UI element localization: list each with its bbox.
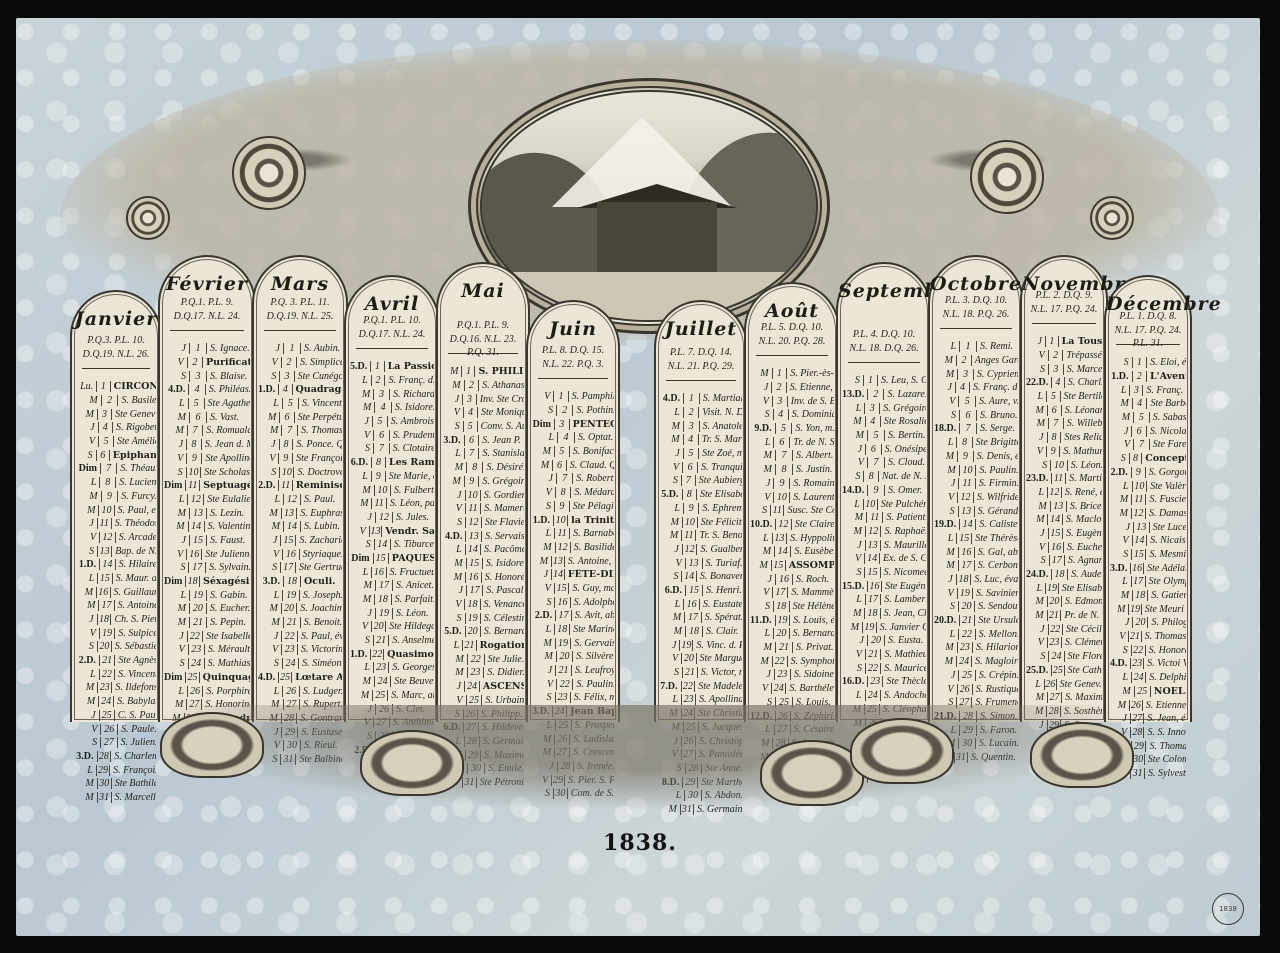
weekday: S [1026,555,1050,566]
weekday: Lu. [76,381,97,392]
saint-name: Ste Agathe. [205,398,250,409]
day-list: J1S. Ignace.V2Purificat.S3S. Blaise.4.D.… [164,342,250,725]
weekday: J [1110,426,1132,437]
day-row: S1S. Eloi, év. [1110,356,1186,370]
day-number: 12 [776,519,792,530]
weekday: M [934,465,960,476]
weekday: V [532,583,555,594]
day-number: 19 [680,640,693,651]
month-column-janvier: JanvierP.Q.3. P.L. 10.D.Q.19. N.L. 26.Lu… [70,290,162,722]
saint-name: Tr. de N. S. [790,437,834,448]
day-number: 8 [187,439,202,450]
day-number: 12 [866,526,882,537]
day-row: M10S. Fulbert. [350,483,434,497]
moon-phase-line: P.Q. 3. P.L. 11. [258,296,342,309]
day-row: J6S. Nicolas. [1110,424,1186,438]
weekday: L [258,398,283,409]
saint-name: S. Claud. Q.T. [567,460,614,471]
day-number: 15 [555,583,570,594]
weekday: 13.D. [842,389,868,400]
day-row: J20S. Philog. [1110,616,1186,630]
day-row: M24Ste Beuve. [350,675,434,689]
day-number: 22 [682,681,696,692]
day-row: M27S. Maxime. [1026,691,1102,705]
day-row: J14FÊTE-DIEU. [532,568,614,582]
weekday: S [532,692,556,703]
day-row: 22.D.4S. Charl. B. [1026,376,1102,390]
saint-name: S. Euphras. [297,508,342,519]
saint-name: S. Willebr. [1064,418,1102,429]
day-number: 24 [1049,651,1064,662]
day-number: 9 [1132,467,1146,478]
saint-name: PENTEC. [570,419,614,430]
saint-name: S. Paul, er. [115,505,156,516]
day-number: 16 [868,581,882,592]
saint-name: Ste Julienne. [202,549,250,560]
weekday: S [76,546,98,557]
saint-name: Ste Eulalie. [204,494,250,505]
day-row: L10Ste Pulchérie. [842,497,926,511]
weekday: M [258,521,284,532]
saint-name: S. Albert. [793,450,833,461]
moon-phase-line: N.L. 21. P.Q. 29. [660,360,742,373]
weekday: S [258,658,283,669]
day-row: S17Ste Gertrud. [258,561,342,575]
day-row: S19S. Célestin. [442,611,524,625]
day-number: 16 [684,599,700,610]
weekday: V [660,558,686,569]
weekday: 4.D. [258,672,279,683]
day-row: V6S. Tranquil. [660,460,742,474]
weekday: M [532,651,557,662]
saint-name: S. Eugène. [1063,528,1102,539]
weekday: V [660,462,683,473]
header-rule [264,330,336,331]
saint-name: S. Wilfride. [974,492,1018,503]
day-number: 18 [774,601,790,612]
day-number: 25 [959,670,976,681]
weekday: L [350,567,372,578]
day-number: 9 [187,453,202,464]
month-title: Juin [528,318,618,340]
day-number: 6 [866,444,882,455]
day-number: 4 [375,402,392,413]
day-number: 1 [190,343,207,354]
saint-name: Conv. S. Aug. [478,421,524,432]
saint-name: S. Mathias. [205,658,250,669]
day-number: 2 [1049,350,1064,361]
day-row: L24S. Delphin. [1110,671,1186,685]
weekday: 11.D. [750,615,776,626]
weekday: J [1026,624,1049,635]
day-number: 4 [956,382,970,393]
weekday: S [164,562,189,573]
day-number: 17 [556,610,572,621]
day-number: 8 [467,462,483,473]
saint-name: S. Pacôme. [481,544,524,555]
saint-name: S. Damase. [1146,508,1186,519]
weekday: M [842,416,866,427]
weekday: 4.D. [660,393,684,404]
day-row: V4Ste Monique. [442,406,524,420]
weekday: V [350,526,370,537]
day-number: 6 [774,437,790,448]
day-number: 9 [684,503,699,514]
weekday: V [442,503,466,514]
day-number: 4 [279,384,292,395]
saint-name: S. Honoré. [482,572,524,583]
day-row: M11S. Léon, pap. [350,497,434,511]
weekday: M [842,622,863,633]
weekday: S [258,467,280,478]
day-row: S15S. Nicomed. [842,566,926,580]
day-number: 19 [863,622,876,633]
saint-name: Septuagés. [200,480,250,491]
day-number: 21 [960,615,975,626]
saint-name: S. Aude. [1068,569,1102,580]
saint-name: PAQUES. [389,553,434,564]
day-number: 1 [1133,357,1148,368]
day-number: 17 [1050,555,1065,566]
day-row: M3Ste Genevie. [76,407,156,421]
day-number: 4 [464,407,478,418]
day-row: M21S. Privat. [750,641,834,655]
day-row: L3S. Franç. Xa. [1110,383,1186,397]
day-number: 23 [189,644,205,655]
saint-name: S. Marcel. [1064,364,1102,375]
day-number: 14 [189,521,205,532]
day-number: 13 [1134,522,1150,533]
saint-name: S. Ponce. Q.T. [293,439,342,450]
saint-name: S. Gatien. [1148,590,1186,601]
weekday: M [660,626,686,637]
day-number: 24 [866,690,881,701]
day-number: 9 [868,485,885,496]
saint-name: S. Lambert. [881,594,926,605]
day-number: 26 [1045,679,1057,690]
day-row: M3S. Richard. [350,387,434,401]
saint-name: S. Mérault. [205,644,250,655]
day-row: J21S. Leufroy. [532,664,614,678]
saint-name: S. Vincent. [299,398,342,409]
saint-name: Ste Isabelle. [203,631,250,642]
day-row: S24S. Mathias. [164,657,250,671]
weekday: V [164,357,188,368]
day-row: L20S. Bernard. [750,627,834,641]
weekday: 1.D. [76,559,100,570]
saint-name: S. Dominiq. [789,409,834,420]
day-number: 3 [1130,385,1143,396]
weekday: J [442,681,465,692]
day-row: S3S. Marcel. [1026,362,1102,376]
weekday: L [76,477,100,488]
day-row: S9Ste Pélagie. [532,500,614,514]
day-number: 19 [776,615,791,626]
header-rule [756,355,828,356]
saint-name: S. Eloi, év. [1147,357,1186,368]
weekday: J [532,665,556,676]
day-row: L12S. René, év. [1026,486,1102,500]
day-row: L2Visit. N. D. [660,406,742,420]
day-number: 11 [466,503,481,514]
day-number: 16 [372,567,386,578]
saint-name: S. Théau. [117,463,156,474]
day-row: S13S. Gérand. [934,504,1018,518]
day-row: 1.D.2L'Avent. [1110,370,1186,384]
day-row: Lu.1CIRCONS. [76,380,156,394]
day-row: M5S. Sabas. [1110,411,1186,425]
day-number: 9 [958,451,974,462]
day-row: L17S. Lambert. [842,593,926,607]
saint-name: S. Désiré. [483,462,524,473]
weekday: 18.D. [934,423,960,434]
day-number: 14 [100,559,116,570]
weekday: M [660,434,684,445]
saint-name: S. Pascal. [483,585,524,596]
month-column-décembre: DécembreP.L. 1. D.Q. 8.N.L. 17. P.Q. 24.… [1104,275,1192,722]
weekday: V [750,492,774,503]
day-row: S10S. Léon. [1026,458,1102,472]
weekday: J [258,535,281,546]
day-row: M18S. Parfait. [350,593,434,607]
day-number: 22 [282,631,298,642]
day-number: 14 [682,571,696,582]
day-row: S24Ste Flore. [1026,650,1102,664]
saint-name: S. Martial. [700,393,742,404]
saint-name: S. Victoi V. J. [1144,658,1186,669]
saint-name: S. Blaise. [207,371,248,382]
day-row: L12Ste Eulalie. [164,493,250,507]
day-number: 15 [1049,528,1064,539]
weekday: S [842,567,865,578]
saint-name: Ste Thérèse. [972,533,1018,544]
header-rule [356,348,428,349]
day-row: 9.D.5S. Yon, m. [750,422,834,436]
day-number: 11 [959,478,976,489]
day-number: 24 [1132,672,1146,683]
saint-name: S. Maur. ab. [113,573,156,584]
day-number: 14 [552,569,565,580]
header-rule [538,378,608,379]
day-number: 20 [959,601,975,612]
day-row: 4.D.25Lœtare A.N. [258,671,342,685]
weekday: L [1110,481,1133,492]
day-row: M24S. Magloire. [934,655,1018,669]
weekday: L [258,590,283,601]
day-row: Dim25Quinquagé. [164,671,250,685]
moon-phase-line: P.Q.1. P.L. 9. [164,296,250,309]
saint-name: S. Hyppolite. [787,533,834,544]
weekday: M [442,366,462,377]
weekday: Dim [164,672,186,683]
day-number: 9 [102,491,119,502]
day-number: 21 [1129,631,1141,642]
day-number: 24 [189,658,205,669]
day-row: S14S. Bonavent. [660,570,742,584]
day-row: M21Pr. de N. D. [1026,609,1102,623]
day-number: 7 [374,443,390,454]
weekday: L [164,590,190,601]
day-number: 15 [281,535,296,546]
day-row: L19S. Joseph. [258,588,342,602]
day-row: M23S. Ildefonse. [76,681,156,695]
saint-name: Ste Ursule. [975,615,1018,626]
weekday: V [842,553,865,564]
weekday: S [258,371,280,382]
day-row: V26S. Rustique. [934,682,1018,696]
weekday: V [934,588,958,599]
weekday: M [532,446,555,457]
day-row: V18S. Venance. [442,598,524,612]
weekday: L [1110,576,1132,587]
day-row: 1.D.4Quadragés. [258,383,342,397]
day-row: L1S. Remi. [934,340,1018,354]
day-row: S12Ste Flavie. [442,516,524,530]
saint-name: S. Mammès. [788,587,834,598]
weekday: 16.D. [842,676,868,687]
saint-name: S. Janvier Q.T. [877,622,926,633]
saint-name: S. Roch. [793,574,829,585]
day-number: 18 [465,599,480,610]
day-row: L26S. Ludger. [258,684,342,698]
month-column-août: AoûtP.L. 5. D.Q. 10.N.L. 20. P.Q. 28.M1S… [744,282,840,722]
day-row: J24ASCENS. [442,680,524,694]
saint-name: Ste Eugénie. [882,581,926,592]
day-number: 10 [1051,460,1067,471]
day-number: 10 [554,515,568,526]
saint-name: S. Privat. [793,642,834,653]
day-number: 2 [188,357,203,368]
weekday: 1.D. [1110,371,1133,382]
weekday: J [660,448,684,459]
day-number: 18 [1133,590,1148,601]
saint-name: Stes Reliqu. [1061,432,1102,443]
saint-name: S. Grégoire. [880,403,926,414]
saint-name: S. Furcy. [118,491,156,502]
saint-name: Reminisce. [293,480,342,491]
saint-name: S. Leu, S. Gil. [878,375,926,386]
day-row: M13S. Euphras. [258,506,342,520]
day-row: S21S. Anselme. [350,634,434,648]
day-number: 3 [190,371,207,382]
saint-name: S. Romuald. [203,425,250,436]
saint-name: Ste Agnès. [115,655,156,666]
weekday: 4.D. [1110,658,1131,669]
day-row: M14S. Lubin. [258,520,342,534]
day-number: 4 [189,384,206,395]
day-number: 12 [284,494,301,505]
weekday: M [350,485,375,496]
saint-name: L'Avent. [1147,371,1186,382]
weekday: J [750,574,776,585]
day-row: M14S. Valentin. [164,520,250,534]
day-row: 6.D.8Les Rame. [350,456,434,470]
saint-name: Ste Apolline. [202,453,250,464]
day-number: 3 [865,403,880,414]
saint-name: S. Georges. [389,662,434,673]
day-number: 4 [1133,398,1148,409]
day-number: 21 [374,635,389,646]
saint-name: Ste Olympi. [1146,576,1186,587]
weekday: J [842,444,866,455]
weekday: L [1026,583,1046,594]
day-row: V2Trépassés. [1026,349,1102,363]
day-number: 4 [99,422,113,433]
weekday: L [660,599,684,610]
day-row: 2.D.17S. Avit, ab. [532,609,614,623]
saint-name: S. Gualbert. [697,544,742,555]
day-number: 19 [100,628,115,639]
day-row: L6Tr. de N. S. [750,435,834,449]
day-row: V9S. Mathurin. [1026,445,1102,459]
weekday: M [1026,418,1049,429]
day-row: 24.D.18S. Aude. [1026,568,1102,582]
saint-name: S. Gabin. [207,590,248,601]
moon-phase-line: D.Q.19. N.L. 25. [258,310,342,323]
saint-name: S. Faust. [207,535,245,546]
day-number: 21 [284,617,301,628]
day-number: 16 [555,597,570,608]
day-row: S7S. Clotaire. [350,442,434,456]
day-row: J19S. Léon. [350,606,434,620]
day-number: 4 [774,409,789,420]
day-row: S8Conceptio. [1110,452,1186,466]
saint-name: S. Mellon. [976,629,1018,640]
saint-name: Ste Valère. [1147,481,1186,492]
weekday: J [350,608,376,619]
day-row: M2S. Basile [76,394,156,408]
saint-name: S. Patient. [883,512,926,523]
day-number: 15 [467,558,483,569]
day-number: 23 [958,642,973,653]
day-number: 5 [868,430,885,441]
saint-name: S. Lezin. [207,508,244,519]
saint-name: S. Andoche. [881,690,926,701]
day-row: L12S. Paul. [258,493,342,507]
day-row: Dim3PENTEC. [532,417,614,431]
saint-name: S. Onésipe. [882,444,926,455]
day-row: M17S. Cerbon. [934,559,1018,573]
day-row: M12S. Basilide. [532,541,614,555]
weekday: L [350,375,372,386]
day-number: 16 [776,574,793,585]
saint-name: S. Clair. [703,626,739,637]
weekday: 2.D. [76,655,100,666]
day-number: 11 [372,498,386,509]
day-row: 5.D.20S. Bernard. [442,625,524,639]
day-number: 23 [468,667,485,678]
day-row: M10S. Paulin. [934,463,1018,477]
day-row: M17S. Antoine. [76,599,156,613]
weekday: M [750,546,775,557]
day-row: M7S. Willebr. [1026,417,1102,431]
weekday: V [76,532,100,543]
day-number: 15 [865,567,880,578]
weekday: M [1026,514,1048,525]
saint-name: S. Bernard. [790,628,834,639]
day-row: V23S. Mérault. [164,643,250,657]
weekday: M [258,425,282,436]
saint-name: S. Anicet. [393,580,434,591]
saint-name: S. Robert. [573,473,614,484]
day-number: 16 [466,572,482,583]
rosette-ornament-left-small [126,196,170,240]
saint-name: la Trinité. [568,515,614,526]
weekday: M [164,617,190,628]
saint-name: S. Ildefonse. [112,682,156,693]
day-row: L24S. Andoche. [842,689,926,703]
day-row: M16S. Guillaume. [76,585,156,599]
